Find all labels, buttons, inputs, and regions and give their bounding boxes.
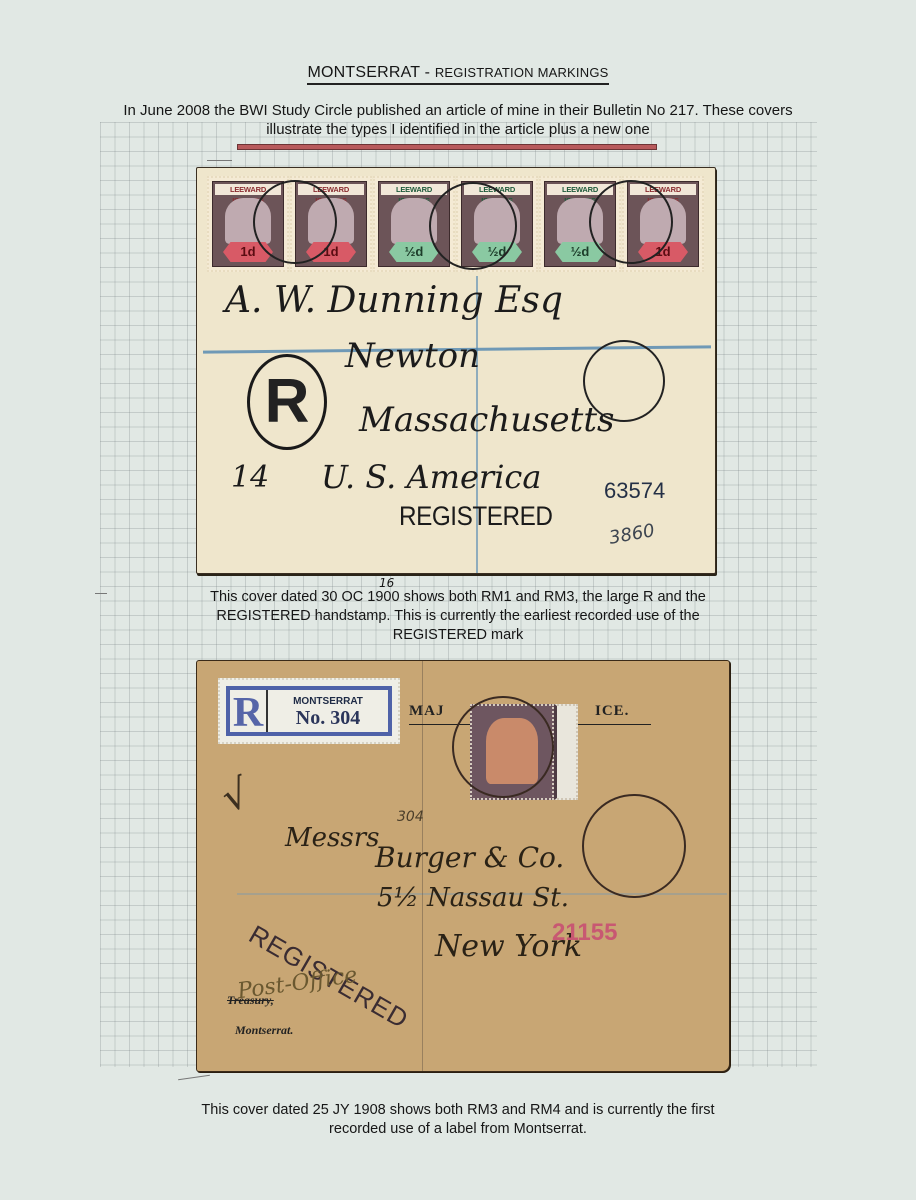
address-line-3: 5½ Nassau St.: [377, 883, 569, 913]
pencil-number: 3860: [608, 520, 657, 549]
red-underline: [237, 144, 657, 150]
postmark-circle: [253, 180, 337, 264]
caption-text: This cover dated 25 JY 1908 shows both R…: [200, 1101, 716, 1139]
address-line-2: Newton: [345, 336, 480, 376]
pencil-number: 304: [397, 809, 424, 825]
address-line-1: A. W. Dunning Esq: [225, 280, 563, 321]
postmark-circle: [452, 696, 554, 798]
label-number: No. 304: [268, 707, 388, 730]
cover-2-1908: R MONTSERRAT No. 304 MAJICE. √ 304 Messr…: [196, 660, 730, 1072]
caption-cover-2: This cover dated 25 JY 1908 shows both R…: [200, 1101, 716, 1139]
postmark-circle: [589, 180, 673, 264]
large-r-handstamp: R: [247, 354, 327, 450]
registration-label: R MONTSERRAT No. 304: [218, 678, 400, 744]
registration-number: 63574: [604, 478, 665, 504]
heading-left: MAJ: [409, 703, 445, 719]
address-line-2: Burger & Co.: [375, 841, 564, 874]
label-r: R: [230, 690, 268, 732]
address-line-3: Massachusetts: [359, 400, 614, 440]
pencil-mark: [95, 593, 107, 594]
label-country: MONTSERRAT: [268, 696, 388, 707]
title-subtitle: REGISTRATION MARKINGS: [435, 65, 609, 80]
address-line-4: U. S. America: [321, 458, 541, 496]
montserrat-printed: Montserrat.: [235, 1023, 293, 1038]
page-title: MONTSERRAT - REGISTRATION MARKINGS: [0, 64, 916, 82]
pencil-mark: [178, 1075, 210, 1080]
treasury-printed: Treasury,: [227, 993, 274, 1008]
heading-right: ICE.: [595, 703, 629, 720]
intro-line-1: In June 2008 the BWI Study Circle publis…: [60, 101, 856, 120]
pencil-tick: √: [216, 770, 256, 822]
caption-cover-1: 16 This cover dated 30 OC 1900 shows bot…: [200, 588, 716, 645]
manuscript-correction: 16: [379, 574, 394, 593]
intro-line-2: illustrate the types I identified in the…: [60, 120, 856, 139]
registration-number: 21155: [552, 919, 617, 947]
address-line-1: Messrs: [285, 823, 379, 853]
title-main: MONTSERRAT -: [307, 64, 434, 81]
manuscript-14: 14: [231, 460, 269, 495]
intro-paragraph: In June 2008 the BWI Study Circle publis…: [60, 101, 856, 139]
montserrat-postmark: [583, 340, 665, 422]
pencil-mark: [207, 160, 232, 161]
postmark-circle: [429, 182, 517, 270]
stamp-margin: [554, 704, 578, 800]
registered-handstamp: REGISTERED: [399, 501, 552, 532]
printed-heading: MAJICE.: [409, 703, 445, 720]
montserrat-postmark: [582, 794, 686, 898]
caption-text: This cover dated 30 OC 1900 shows both R…: [200, 588, 716, 645]
cover-1-1900: LEEWARD ISLANDS1d LEEWARD ISLANDS1d LEEW…: [196, 167, 716, 574]
